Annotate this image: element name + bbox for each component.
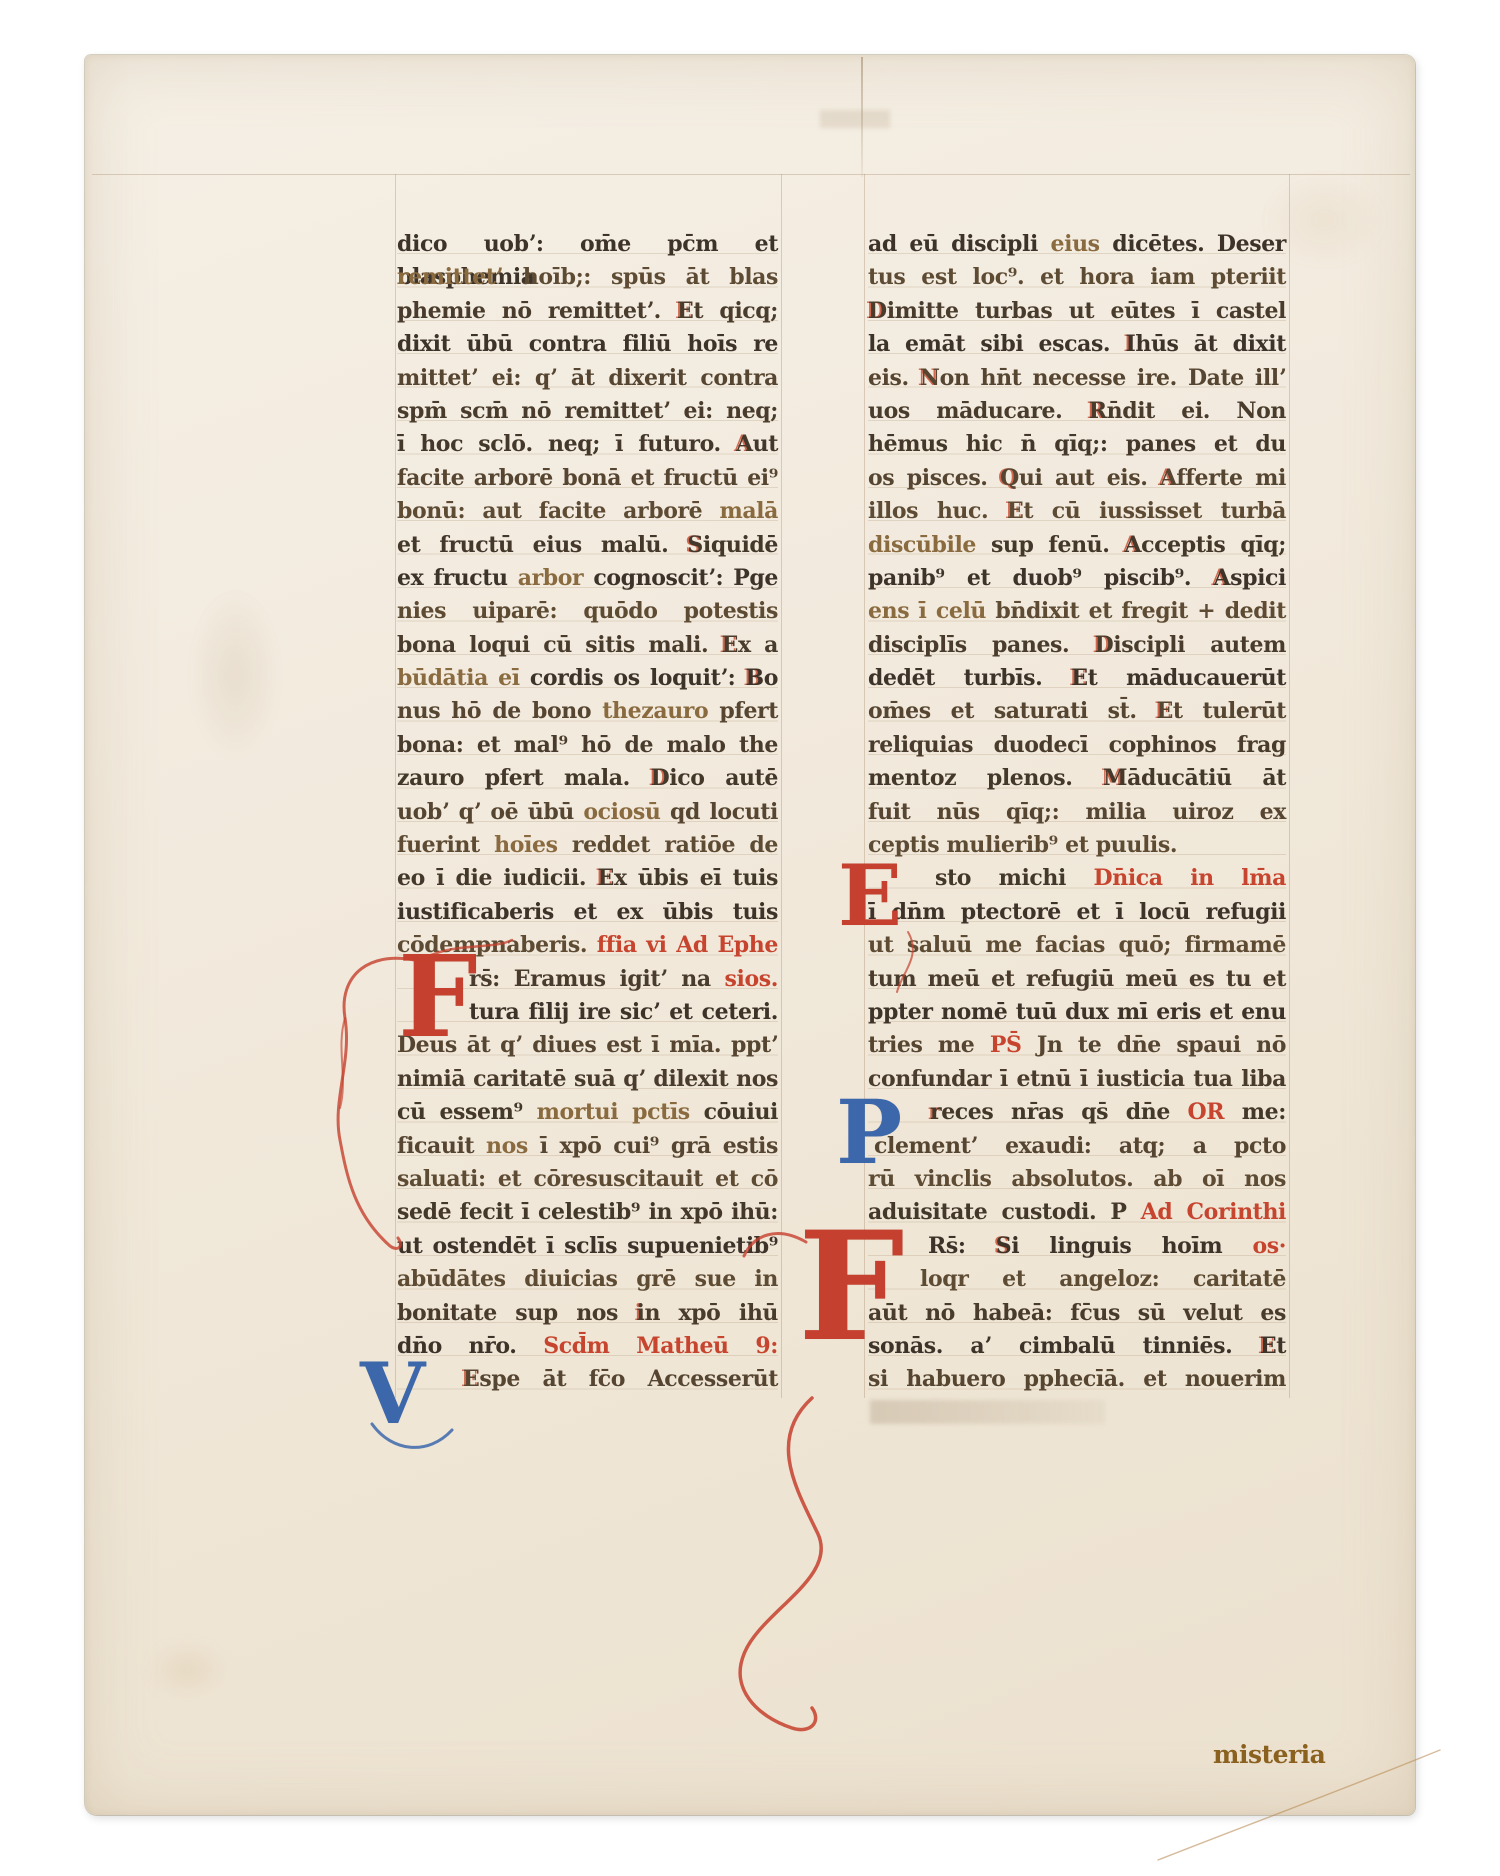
text-segment: ut ostendēt ī sclīs supuenietib⁹ [397,1233,778,1259]
text-line: Dimitte turbas ut eūtes ī castel [868,295,1286,328]
text-segment: āducātiū āt [1127,765,1286,791]
text-segment: Dn̄ica in lm̄a [1094,865,1286,891]
text-segment: eis. [868,365,920,391]
ruling-line-col-right-outer [1289,174,1290,1398]
text-segment: A [736,431,753,457]
text-segment: bonū: aut facite arborē [397,498,719,524]
text-segment: n̄dit ei. Non [1107,398,1286,424]
text-line: nimiā caritatē suā qʼ dilexit nos [397,1063,778,1096]
text-segment: nies uiparē: quōdo potestis [397,598,778,624]
text-segment: reddet ratiōe de [558,832,778,858]
text-segment: eo ī die iudicii. [397,865,597,891]
text-segment: N [920,365,940,391]
text-segment: x ūbis eī tuis [614,865,778,891]
text-line: clementʼ exaudi: atq; a pcto [868,1130,1286,1163]
text-line: ceptis mulierib⁹ et puulis. [868,829,1286,862]
text-segment: ī hoc sclō. neq; ī futuro. [397,431,736,457]
text-line: sto michi Dn̄ica in lm̄a [868,862,1286,895]
text-segment: iquidē [703,532,778,558]
text-line: būdātia eī cordis os loquitʼ: Bo [397,662,778,695]
text-segment: tura filij ire sicʼ et ceteri. [469,999,778,1025]
text-segment: spm̄ scm̄ nō remittetʼ ei: neq; [397,398,778,424]
text-segment: A [1213,565,1230,591]
text-segment: t [1276,1333,1286,1359]
text-segment: t qicq; [693,298,778,324]
text-segment: E [677,298,693,324]
text-line: eis. Non hn̄t necesse ire. Date illʼ [868,362,1286,395]
text-line: ens ī celū bn̄dixit et fregit + dedit [868,595,1286,628]
text-segment: sto michi [935,865,1094,891]
text-segment: clementʼ exaudi: atq; a pcto [874,1133,1286,1159]
text-segment: ad eū discipli [868,231,1051,257]
text-segment: ppter nomē tuū dux mī eris et enu [868,999,1286,1025]
text-segment: ex fructu [397,565,518,591]
text-line: os pisces. Qui aut eis. Afferte mi [868,462,1286,495]
text-segment: arbor [518,565,584,591]
text-column-right: ad eū discipli eius dicētes. Desertus es… [868,228,1286,1400]
text-segment: fuit nūs qīq;: milia uiroz ex [868,799,1286,825]
text-line: Espe āt fc̄o Accesserūt [397,1363,778,1396]
text-segment: tus est loc⁹. et hora iam pteriit [868,264,1286,290]
text-line: iustificaberis et ex ūbis tuis [397,896,778,929]
text-segment: cceptis qīq; [1141,532,1286,558]
text-segment: qd locuti [661,799,779,825]
text-line: tum meū et refugiū meū es tu et [868,963,1286,996]
text-segment: confundar ī etnū ī iusticia tua liba [868,1066,1286,1092]
text-segment: cordis os loquitʼ: [530,665,746,691]
text-segment: imitte turbas ut eūtes ī castel [887,298,1286,324]
text-segment: ociosū [583,799,660,825]
illuminated-initial-e-introit: E [838,854,902,938]
text-segment: OR [1188,1099,1225,1125]
text-segment: saluati: et cōresuscitauit et cō [397,1166,778,1192]
text-line: uos māducare. Rn̄dit ei. Non [868,395,1286,428]
text-segment: Ad Corinthi [1141,1199,1286,1225]
ruling-line-col-left-inner [781,174,782,1398]
text-segment: dicētes. Deser [1100,231,1286,257]
text-line: hēmus hic n̄ qīq;: panes et du [868,428,1286,461]
text-line: confundar ī etnū ī iusticia tua liba [868,1063,1286,1096]
text-segment: sedē fecit ī celestib⁹ in xpō ihū: [397,1199,778,1225]
text-line: zauro pfert mala. Dico autē [397,762,778,795]
text-segment: nus hō de bono [397,698,602,724]
text-segment: fuerint [397,832,494,858]
text-segment: ut saluū me facias quō; firmamē [868,932,1286,958]
text-segment: ficauit [397,1133,486,1159]
text-segment: tum meū et refugiū meū es tu et [868,966,1286,992]
text-segment: on hn̄t necesse ire. Date illʼ [940,365,1286,391]
illuminated-initial-v-gospel: V [360,1352,425,1436]
text-segment: t māducauerūt [1088,665,1286,691]
text-line: ficauit nos ī xpō cui⁹ grā estis [397,1130,778,1163]
text-line: ī dn̄m ptectorē et ī locū refugii [868,896,1286,929]
text-segment: cognoscitʼ: Pge [583,565,778,591]
text-segment: os pisces. [868,465,1000,491]
text-line: ī hoc sclō. neq; ī futuro. Aut [397,428,778,461]
text-segment: ico autē [669,765,778,791]
text-segment: loqr et angeloz: caritatē [920,1266,1286,1292]
text-line: bonū: aut facite arborē malā [397,495,778,528]
text-segment: Rs̄: [928,1233,996,1259]
text-segment: E [1260,1333,1276,1359]
text-line: dn̄o nr̄o. Scd̄m Matheū 9: [397,1330,778,1363]
text-line: spm̄ scm̄ nō remittetʼ ei: neq; [397,395,778,428]
text-line: discūbile sup fenū. Acceptis qīq; [868,529,1286,562]
text-segment: dedēt turbīs. [868,665,1071,691]
text-line: si habuero pphecīā. et nouerim [868,1363,1286,1396]
ruling-line-top [92,174,1410,175]
text-segment: disciplīs panes. [868,632,1095,658]
text-line: mentoz plenos. Māducātiū āt [868,762,1286,795]
text-segment: bona: et mal⁹ hō de malo the [397,732,778,758]
foxing-spot [145,1640,230,1700]
text-line: bona loqui cū sitis mali. Ex a [397,629,778,662]
text-segment: hēmus hic n̄ qīq;: panes et du [868,431,1286,457]
text-line: abūdātes diuicias grē sue in [397,1263,778,1296]
text-segment: sios. [725,966,778,992]
text-line: illos huc. Et cū iussisset turbā [868,495,1286,528]
text-segment: sonās. aʼ cimbalū tinniēs. [868,1333,1260,1359]
text-segment: nimiā caritatē suā qʼ dilexit nos [397,1066,778,1092]
text-segment: iscipli autem [1113,632,1286,658]
text-line: fuit nūs qīq;: milia uiroz ex [868,796,1286,829]
text-line: disciplīs panes. Discipli autem [868,629,1286,662]
text-line: ut saluū me facias quō; firmamē [868,929,1286,962]
text-line: ut ostendēt ī sclīs supuenietib⁹ [397,1230,778,1263]
ruling-line-col-left-outer [395,174,396,1398]
text-line: nies uiparē: quōdo potestis [397,595,778,628]
text-segment: uos māducare. [868,398,1089,424]
text-segment: fferte mi [1176,465,1286,491]
text-segment: D [1095,632,1114,658]
text-segment: rs̄: Eramus igitʼ na [469,966,725,992]
text-segment: A [1160,465,1176,491]
text-segment: abūdātes diuicias grē sue in [397,1266,778,1292]
text-segment: E [1007,498,1023,524]
text-segment: zauro pfert mala. [397,765,651,791]
text-segment: et fructū eius malū. [397,532,687,558]
text-line: sedē fecit ī celestib⁹ in xpō ihū: [397,1196,778,1229]
text-line: saluati: et cōresuscitauit et cō [397,1163,778,1196]
text-segment: t tulerūt [1173,698,1286,724]
illuminated-initial-f-epistle: F [398,942,478,1054]
text-segment: hoīb;: spūs āt blas [523,264,778,290]
text-segment: pfert [708,698,778,724]
text-line: dedēt turbīs. Et māducauerūt [868,662,1286,695]
text-segment: illos huc. [868,498,1007,524]
text-line: ex fructu arbor cognoscitʼ: Pge [397,562,778,595]
text-line: mittetʼ ei: qʼ āt dixerit contra [397,362,778,395]
text-segment: remittetʼ [397,264,523,290]
text-line: dixit ūbū contra filiū hoīs re [397,328,778,361]
text-segment: facite arborē bonā et fructū ei⁹ [397,465,778,491]
text-segment: si habuero pphecīā. et nouerim [868,1366,1286,1392]
text-segment: I [1125,331,1135,357]
text-segment: spe āt fc̄o Accesserūt [479,1366,778,1392]
text-line: et fructū eius malū. Siquidē [397,529,778,562]
text-segment: uobʼ qʼ oē ūbū [397,799,583,825]
text-segment: la emāt sibi escas. [868,331,1125,357]
text-line: la emāt sibi escas. Ihūs āt dixit [868,328,1286,361]
show-through-smudge [820,110,890,128]
text-line: remittetʼ hoīb;: spūs āt blas [397,261,778,294]
text-segment: nos [486,1133,528,1159]
page-root: { "leaf": { "description_label": "manusc… [0,0,1500,1876]
text-line: uobʼ qʼ oē ūbū ociosū qd locuti [397,796,778,829]
text-line: ppter nomē tuū dux mī eris et enu [868,996,1286,1029]
text-segment: eius [1051,231,1100,257]
text-segment: mittetʼ ei: qʼ āt dixerit contra [397,365,778,391]
text-segment: E [722,632,738,658]
text-segment: bona loqui cū sitis mali. [397,632,722,658]
text-line: sonās. aʼ cimbalū tinniēs. Et [868,1330,1286,1363]
text-segment: r [930,1099,941,1125]
text-segment: spici [1230,565,1286,591]
text-segment: R [1089,398,1107,424]
text-segment: D [651,765,670,791]
text-segment: reliquias duodecī cophinos frag [868,732,1286,758]
text-segment: me: [1224,1099,1286,1125]
text-line: panib⁹ et duob⁹ piscib⁹. Aspici [868,562,1286,595]
text-segment: ut [753,431,778,457]
text-column-left: dico uobʼ: om̄e pc̄m et blasphemiaremitt… [397,228,778,1400]
text-segment: om̄es et saturati st̄. [868,698,1157,724]
text-line: om̄es et saturati st̄. Et tulerūt [868,695,1286,728]
text-line: phemie nō remittetʼ. Et qicq; [397,295,778,328]
text-line: loqr et angeloz: caritatē [868,1263,1286,1296]
text-segment: ffia vi Ad Ephe [597,932,778,958]
text-segment: sup fenū. [991,532,1125,558]
text-line: cū essem⁹ mortui pctīs cōuiui [397,1096,778,1129]
text-line: ad eū discipli eius dicētes. Deser [868,228,1286,261]
text-segment: E [597,865,613,891]
text-line: aduisitate custodi. P Ad Corinthi [868,1196,1286,1229]
text-segment: t cū iussisset turbā [1023,498,1286,524]
text-segment: rū vinclis absolutos. ab oī nos [868,1166,1286,1192]
text-segment: M [1103,765,1127,791]
text-segment: iustificaberis et ex ūbis tuis [397,899,778,925]
text-segment: S [687,532,703,558]
show-through-smudge [190,590,280,760]
text-line: tus est loc⁹. et hora iam pteriit [868,261,1286,294]
text-segment: o [764,665,778,691]
gutter-crease [861,57,863,177]
text-segment: hoīes [494,832,557,858]
text-segment: n xpō ihū [644,1300,778,1326]
text-segment: malā [719,498,778,524]
text-line: bona: et mal⁹ hō de malo the [397,729,778,762]
illuminated-initial-f-lesson: F [798,1212,905,1362]
text-segment: S [996,1233,1012,1259]
text-segment: būdātia eī [397,665,530,691]
text-line: rū vinclis absolutos. ab oī nos [868,1163,1286,1196]
text-segment: phemie nō remittetʼ. [397,298,677,324]
text-segment: mentoz plenos. [868,765,1103,791]
text-segment: aduisitate custodi. P [868,1199,1141,1225]
text-line: Rs̄: Si linguis hoīm os· [868,1230,1286,1263]
text-segment: panib⁹ et duob⁹ piscib⁹. [868,565,1213,591]
text-segment: B [746,665,764,691]
text-segment: ui aut eis. [1019,465,1160,491]
text-line: fuerint hoīes reddet ratiōe de [397,829,778,862]
text-line: aūt nō habeā: fc̄us sū velut es [868,1297,1286,1330]
text-line: bonitate sup nos in xpō ihū [397,1297,778,1330]
text-segment: D [868,298,887,324]
text-segment: eces nr̄as qs̄ dn̄e [941,1099,1187,1125]
text-line: facite arborē bonā et fructū ei⁹ [397,462,778,495]
text-segment: thezauro [602,698,708,724]
text-segment: dixit ūbū contra filiū hoīs re [397,331,778,357]
text-segment: Jn te dn̄e spaui nō [1021,1032,1286,1058]
text-segment: hūs āt dixit [1135,331,1286,357]
text-segment: A [1124,532,1141,558]
text-segment: E [463,1366,479,1392]
text-segment: ens ī celū [868,598,986,624]
text-segment: E [1157,698,1173,724]
text-line: dico uobʼ: om̄e pc̄m et blasphemia [397,228,778,261]
text-line: tries me PS̄ Jn te dn̄e spaui nō [868,1029,1286,1062]
catchword: misteria [1213,1740,1325,1769]
text-segment: tries me [868,1032,990,1058]
text-segment: i linguis hoīm [1011,1233,1252,1259]
text-segment: ceptis mulierib⁹ et puulis. [868,832,1177,858]
text-segment: ī dn̄m ptectorē et ī locū refugii [868,899,1286,925]
text-line: eo ī die iudicii. Ex ūbis eī tuis [397,862,778,895]
text-segment: bn̄dixit et fregit + dedit [986,598,1286,624]
text-segment: mortui pctīs [537,1099,690,1125]
text-segment: ī xpō cui⁹ grā estis [528,1133,778,1159]
text-segment: x a [738,632,778,658]
text-segment: cū essem⁹ [397,1099,537,1125]
text-line: reces nr̄as qs̄ dn̄e OR me: [868,1096,1286,1129]
text-segment: discūbile [868,532,991,558]
text-segment: cōuiui [690,1099,778,1125]
text-segment: bonitate sup nos [397,1300,636,1326]
text-segment: Scd̄m Matheū 9: [543,1333,778,1359]
text-line: nus hō de bono thezauro pfert [397,695,778,728]
text-segment: Q [1000,465,1019,491]
text-segment: E [1071,665,1087,691]
text-segment: aūt nō habeā: fc̄us sū velut es [868,1300,1286,1326]
text-segment: os· [1252,1233,1286,1259]
text-line: reliquias duodecī cophinos frag [868,729,1286,762]
illuminated-initial-p-collect: P [836,1088,902,1176]
text-segment: PS̄ [990,1032,1022,1058]
